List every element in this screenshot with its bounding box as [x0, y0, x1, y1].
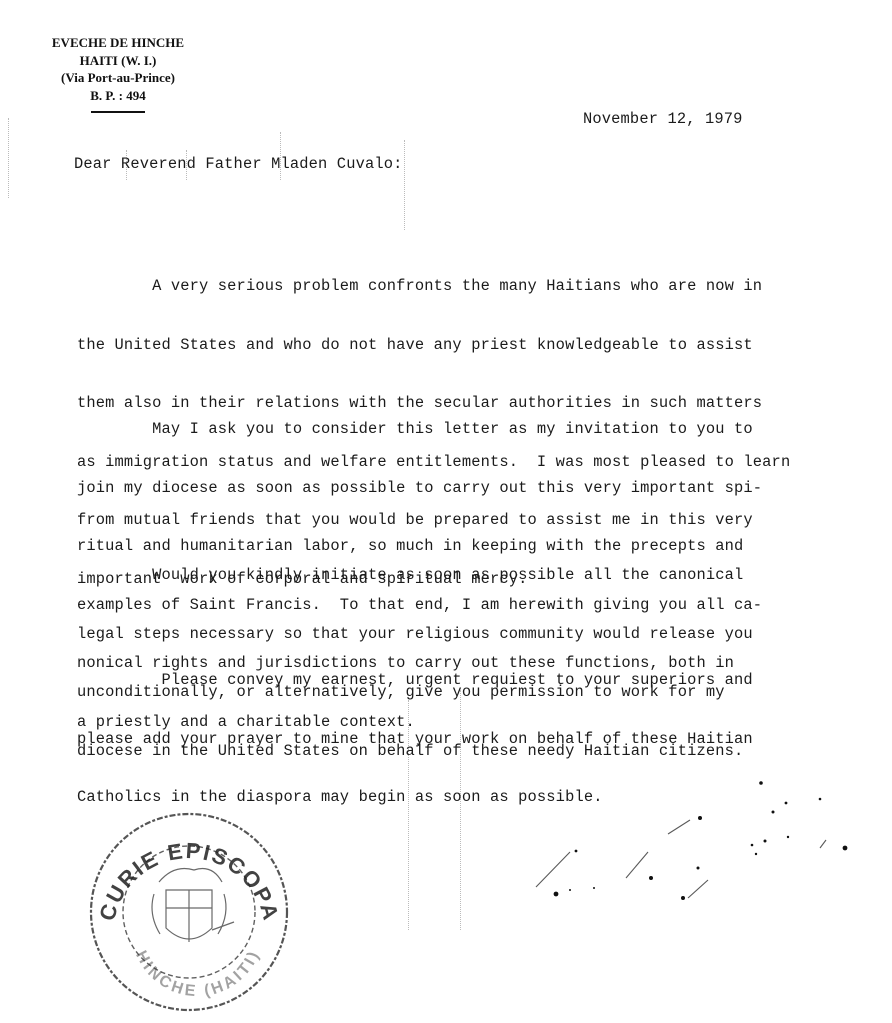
letterhead: EVECHE DE HINCHE HAITI (W. I.) (Via Port… — [20, 34, 216, 113]
signature-strokes — [520, 770, 860, 920]
letterhead-rule — [91, 111, 145, 113]
letterhead-line-via: (Via Port-au-Prince) — [20, 69, 216, 87]
letter-date: November 12, 1979 — [583, 110, 743, 128]
paragraph-line: Would you kindly initiate as soon as pos… — [77, 566, 753, 586]
paragraph-line: May I ask you to consider this letter as… — [77, 420, 762, 440]
svg-text:CURIE EPISCOPALE +: CURIE EPISCOPALE + — [84, 804, 284, 924]
coat-of-arms-icon — [152, 869, 234, 943]
margin-mark — [8, 118, 9, 198]
signature — [520, 770, 860, 920]
paragraph-line: Please convey my earnest, urgent requies… — [77, 671, 753, 691]
paragraph-line: A very serious problem confronts the man… — [77, 277, 790, 297]
seal-graphic: CURIE EPISCOPALE + HINCHE (HAITI) — [84, 804, 294, 1014]
seal-outer-text: CURIE EPISCOPALE + — [84, 804, 284, 924]
paragraph-line: the United States and who do not have an… — [77, 336, 790, 356]
paragraph-line: join my diocese as soon as possible to c… — [77, 479, 762, 499]
episcopal-seal: CURIE EPISCOPALE + HINCHE (HAITI) — [84, 804, 294, 1014]
fold-mark — [404, 140, 405, 230]
letterhead-line-country: HAITI (W. I.) — [20, 52, 216, 70]
paragraph-line: please add your prayer to mine that your… — [77, 730, 753, 750]
letterhead-line-po-box: B. P. : 494 — [20, 87, 216, 105]
salutation: Dear Reverend Father Mladen Cuvalo: — [74, 155, 403, 173]
letterhead-line-bishopric: EVECHE DE HINCHE — [20, 34, 216, 52]
